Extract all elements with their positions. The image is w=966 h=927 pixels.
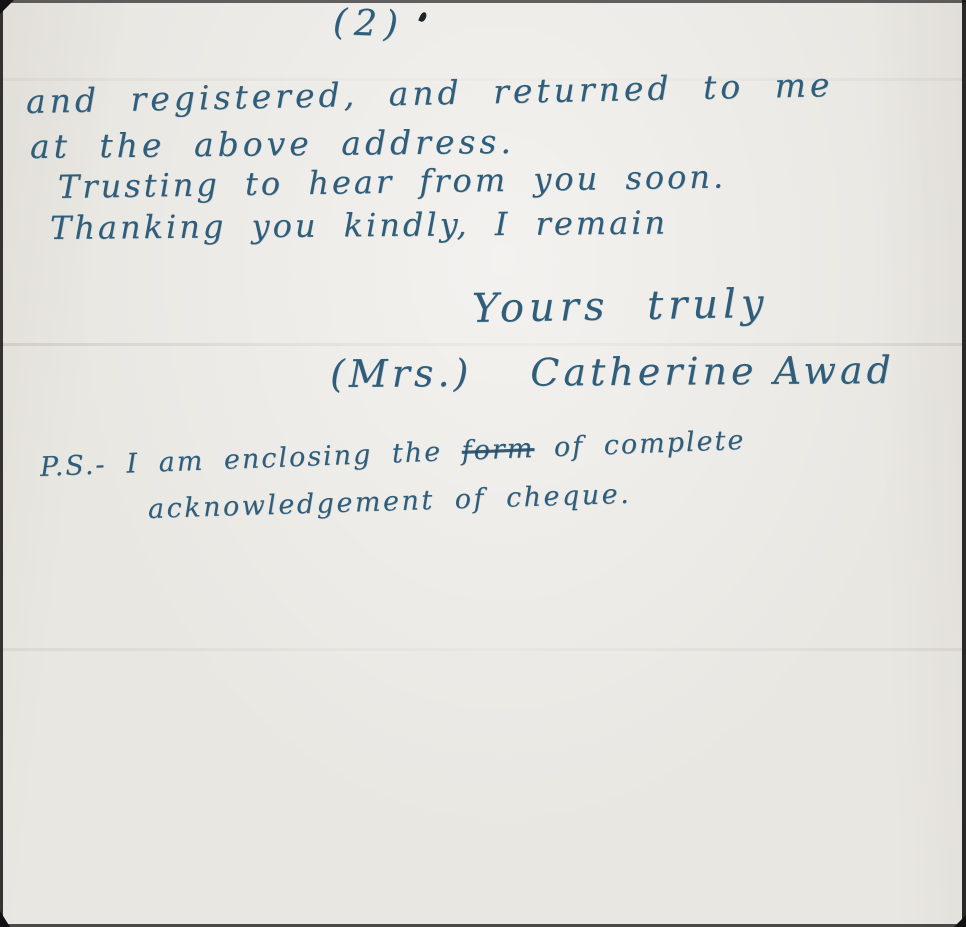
paper-crease	[0, 648, 966, 651]
postscript-struck-word: form	[461, 433, 535, 467]
closing-line: Yours truly	[472, 281, 769, 332]
scan-corner-bottom-right	[954, 915, 966, 927]
postscript-text-before: I am enclosing the	[126, 437, 443, 480]
letter-page: (2) and registered, and returned to me a…	[0, 0, 966, 927]
postscript-line-2: acknowledgement of cheque.	[148, 479, 632, 525]
scan-edge-right	[962, 0, 966, 927]
postscript-text-after: of complete	[553, 425, 746, 463]
body-line-2: at the above address.	[30, 122, 515, 166]
page-number: (2)	[332, 2, 405, 45]
signature-prefix: (Mrs.)	[330, 351, 473, 396]
paper-crease	[0, 343, 966, 346]
scan-edge-left	[0, 0, 3, 927]
body-line-4: Thanking you kindly, I remain	[50, 204, 668, 247]
postscript-line-1: P.S.-I am enclosing the form of complete	[39, 425, 746, 483]
postscript-label: P.S.-	[39, 449, 107, 483]
signature-name: Catherine Awad	[530, 348, 895, 395]
signature-line: (Mrs.) Catherine Awad	[330, 348, 895, 396]
scan-corner-top-left	[0, 0, 14, 14]
ink-speck	[418, 11, 428, 23]
body-line-1: and registered, and returned to me	[26, 65, 834, 121]
body-line-3: Trusting to hear from you soon.	[58, 158, 727, 206]
scan-edge-top	[0, 0, 966, 3]
